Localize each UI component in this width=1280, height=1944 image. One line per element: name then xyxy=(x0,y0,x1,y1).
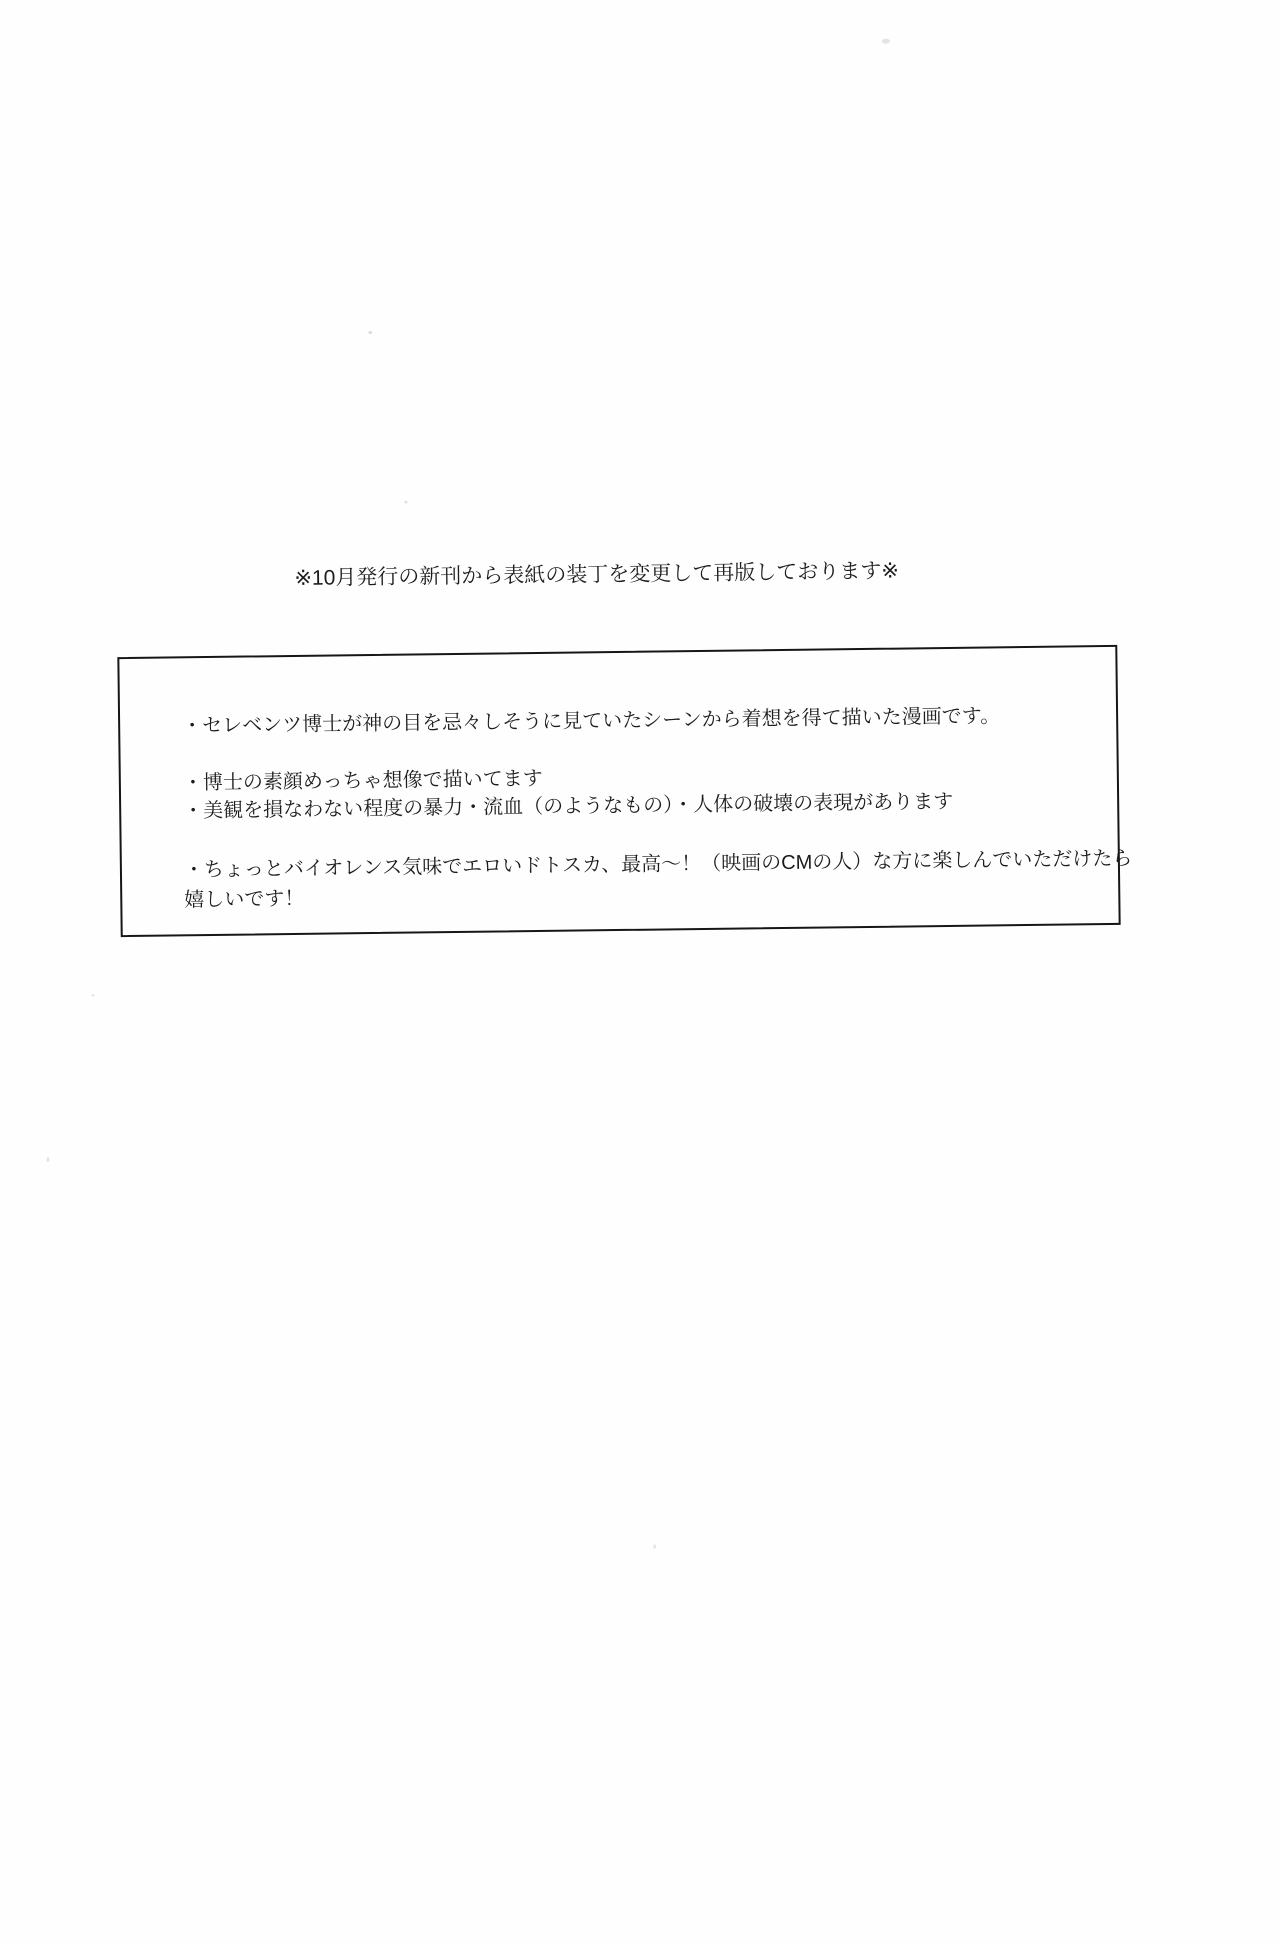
reprint-notice-text: ※10月発行の新刊から表紙の装丁を変更して再版しております※ xyxy=(294,559,899,592)
scanned-doujinshi-notice-page: ※10月発行の新刊から表紙の装丁を変更して再版しております※ ・セレベンツ博士が… xyxy=(0,0,1280,1944)
scan-speck xyxy=(653,1545,656,1549)
scan-speck xyxy=(404,501,407,504)
info-line-inspiration: ・セレベンツ博士が神の目を忌々しそうに見ていたシーンから着想を得て描いた漫画です… xyxy=(182,703,1000,739)
scan-speck xyxy=(91,994,94,996)
info-line-recommendation: ・ちょっとバイオレンス気味でエロいドトスカ、最高～！（映画のCMの人）な方に楽し… xyxy=(184,846,1133,884)
info-line-face-imagined: ・博士の素顔めっちゃ想像で描いてます xyxy=(183,766,543,796)
info-line-recommendation-cont: 嬉しいです！ xyxy=(184,886,304,913)
scan-content: ※10月発行の新刊から表紙の装丁を変更して再版しております※ ・セレベンツ博士が… xyxy=(0,0,1280,1944)
content-warning-box: ・セレベンツ博士が神の目を忌々しそうに見ていたシーンから着想を得て描いた漫画です… xyxy=(117,645,1120,937)
scan-speck xyxy=(368,331,372,334)
scan-speck xyxy=(46,1157,49,1162)
scan-speck xyxy=(882,39,890,44)
